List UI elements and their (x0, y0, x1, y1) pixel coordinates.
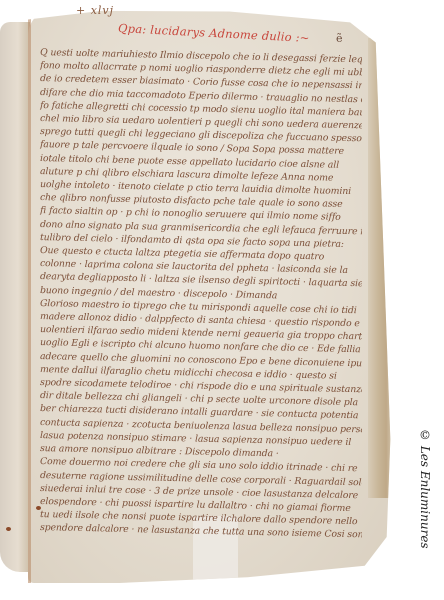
facing-page-left (0, 22, 30, 572)
gutter-shadow (28, 8, 31, 583)
corner-mark: ẽ (336, 32, 343, 45)
page-fore-edge (368, 38, 394, 498)
ink-mark (6, 527, 11, 531)
folio-number: + xlvj (76, 4, 114, 17)
manuscript-text-block: Q uesti uolte mariuhiesto Ilmio discepol… (40, 46, 362, 535)
copyright-watermark: © Les Enluminures (418, 428, 432, 549)
